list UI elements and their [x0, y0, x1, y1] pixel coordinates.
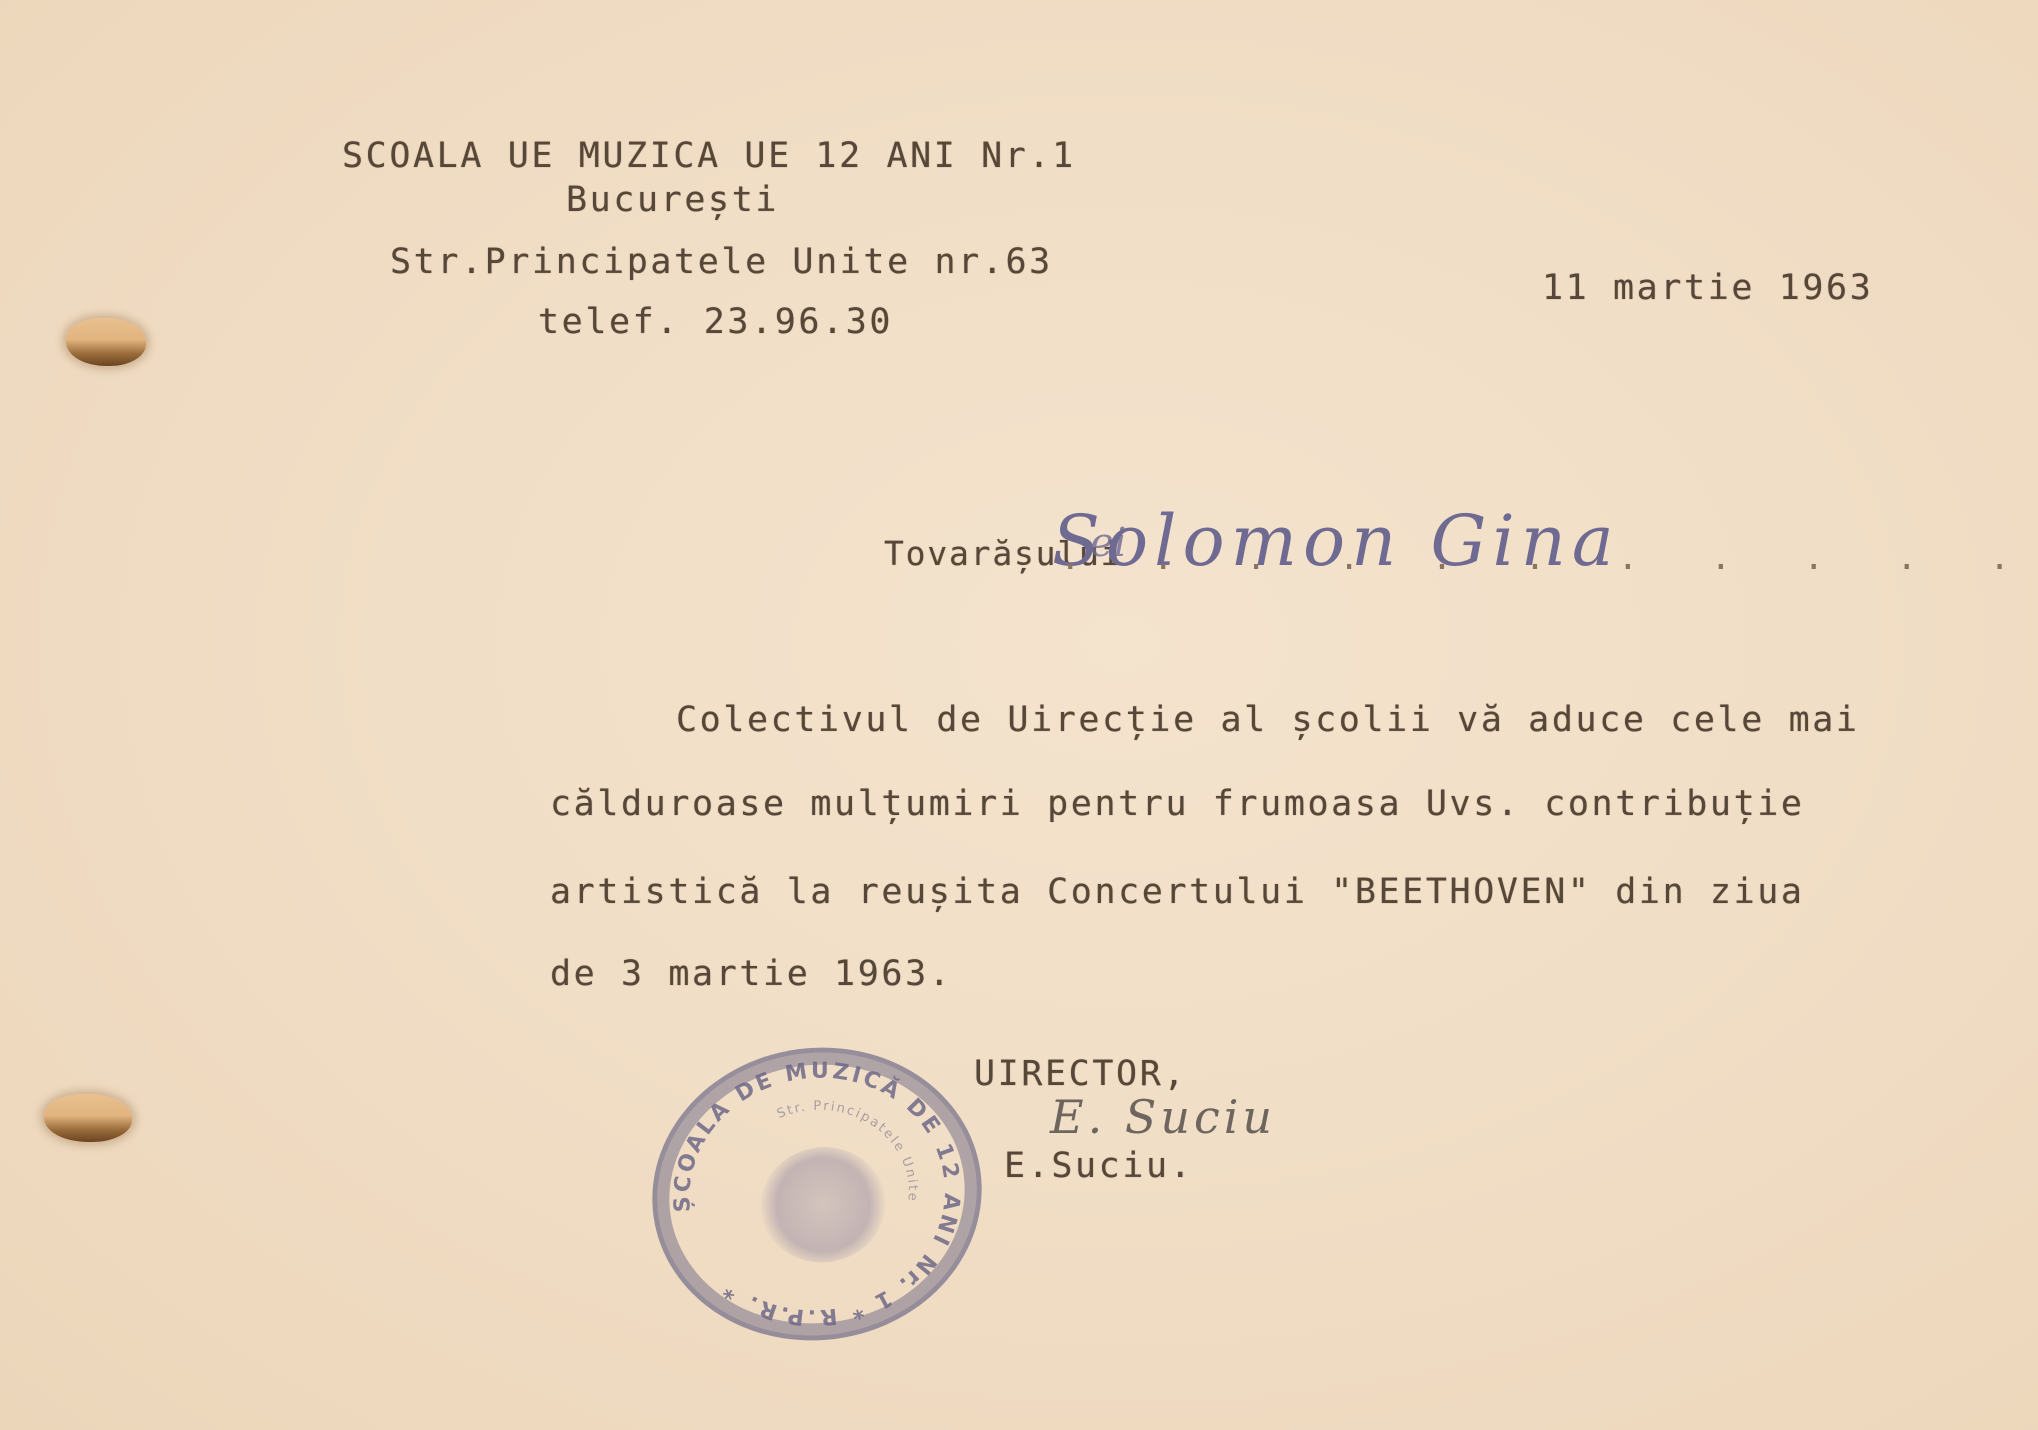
- body-line-2: călduroase mulțumiri pentru frumoasa Uvs…: [550, 784, 1805, 824]
- svg-text:ȘCOALA DE MUZICĂ DE 12 ANI Nr.: ȘCOALA DE MUZICĂ DE 12 ANI Nr. 1 * R.P.R…: [652, 1040, 981, 1349]
- official-stamp: ȘCOALA DE MUZICĂ DE 12 ANI Nr. 1 * R.P.R…: [633, 1026, 1000, 1361]
- signature-title: UIRECTOR,: [974, 1054, 1187, 1094]
- letter-page: SCOALA UE MUZICA UE 12 ANI Nr.1 Bucureșt…: [0, 0, 2038, 1430]
- stamp-outer-text: ȘCOALA DE MUZICĂ DE 12 ANI Nr. 1 * R.P.R…: [652, 1040, 981, 1349]
- signature-typed-name: E.Suciu.: [1004, 1146, 1193, 1186]
- signature-handwritten: E. Suciu: [1050, 1090, 1276, 1144]
- punch-hole-top: [66, 318, 146, 366]
- letter-date: 11 martie 1963: [1542, 268, 1873, 308]
- letterhead-city: București: [566, 180, 779, 220]
- letterhead-phone: telef. 23.96.30: [538, 302, 893, 342]
- stamp-text-ring: ȘCOALA DE MUZICĂ DE 12 ANI Nr. 1 * R.P.R…: [639, 1032, 995, 1356]
- addressee-dotted-line: . . . . . . . . . . .: [1060, 538, 2036, 578]
- body-line-4: de 3 martie 1963.: [550, 954, 952, 994]
- letterhead-school-name: SCOALA UE MUZICA UE 12 ANI Nr.1: [342, 136, 1076, 176]
- letterhead-address: Str.Principatele Unite nr.63: [390, 242, 1053, 282]
- punch-hole-bottom: [44, 1094, 132, 1142]
- body-line-1: Colectivul de Uirecție al școlii vă aduc…: [676, 700, 1860, 740]
- body-line-3: artistică la reușita Concertului "BEETHO…: [550, 872, 1805, 912]
